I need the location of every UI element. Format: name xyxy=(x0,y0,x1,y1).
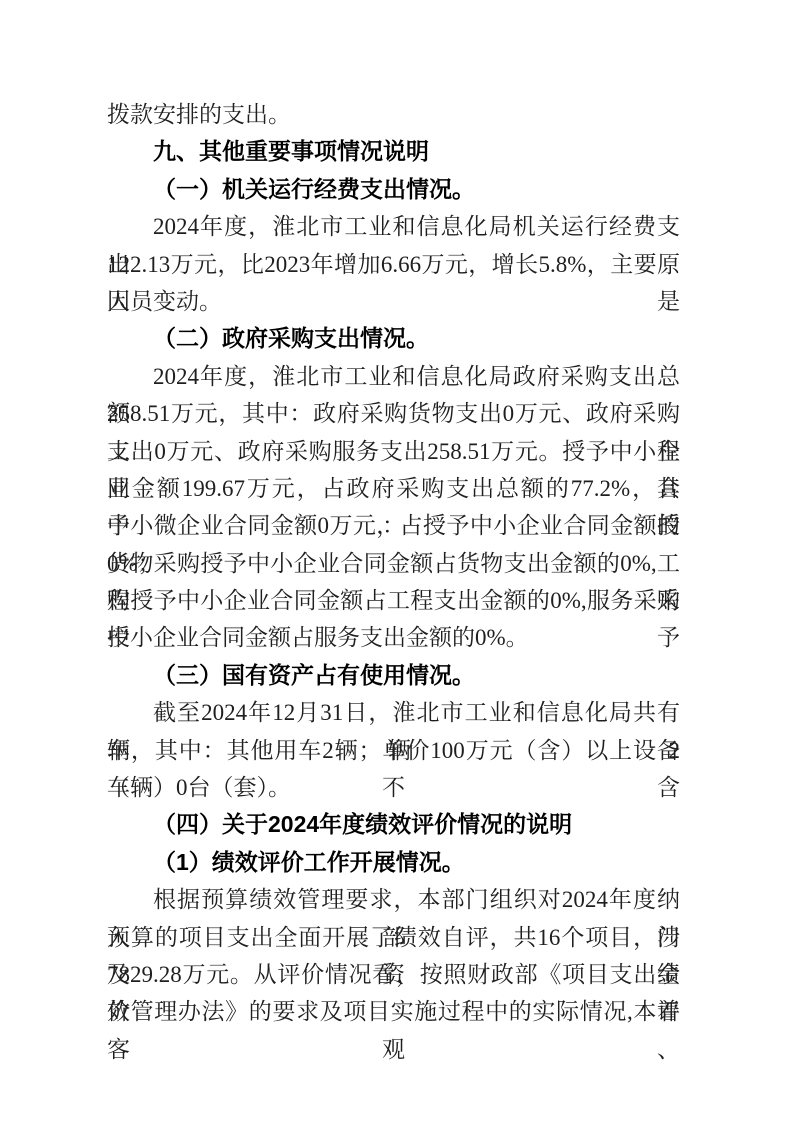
document-page: 拨款安排的支出。九、其他重要事项情况说明（一）机关运行经费支出情况。2024年度… xyxy=(0,0,794,1122)
body-line: 予小微企业合同金额0万元，占授予中小企业合同金额的0%； xyxy=(107,507,680,544)
body-line: 购授予中小企业合同金额占工程支出金额的0%,服务采购授予 xyxy=(107,582,680,619)
body-line: 预算的项目支出全面开展了绩效自评，共16个项目，涉及资金 xyxy=(107,919,680,956)
body-line: 2024年度，淮北市工业和信息化局政府采购支出总额 xyxy=(107,358,680,395)
body-line: 2024年度，淮北市工业和信息化局机关运行经费支出 xyxy=(107,208,680,245)
body-line: 258.51万元，其中：政府采购货物支出0万元、政府采购工程 xyxy=(107,395,680,432)
body-line: 价管理办法》的要求及项目实施过程中的实际情况,本着客观、 xyxy=(107,993,680,1030)
document-body: 拨款安排的支出。九、其他重要事项情况说明（一）机关运行经费支出情况。2024年度… xyxy=(107,96,680,1031)
body-line: 122.13万元，比2023年增加6.66万元，增长5.8%，主要原因是 xyxy=(107,246,680,283)
heading-line: （三）国有资产占有使用情况。 xyxy=(107,657,680,694)
heading-line: （1）绩效评价工作开展情况。 xyxy=(107,844,680,881)
body-line: 货物采购授予中小企业合同金额占货物支出金额的0%,工程采 xyxy=(107,545,680,582)
body-line: 根据预算绩效管理要求，本部门组织对2024年度纳入部门 xyxy=(107,881,680,918)
body-line: 拨款安排的支出。 xyxy=(107,96,680,133)
body-line: 支出0万元、政府采购服务支出258.51万元。授予中小企业合 xyxy=(107,433,680,470)
body-line: 截至2024年12月31日，淮北市工业和信息化局共有车辆2 xyxy=(107,694,680,731)
body-line: 7829.28万元。从评价情况看，按照财政部《项目支出绩效评 xyxy=(107,956,680,993)
heading-line: （四）关于2024年度绩效评价情况的说明 xyxy=(107,806,680,843)
body-line: 辆，其中：其他用车2辆；单价100万元（含）以上设备（不含 xyxy=(107,732,680,769)
heading-line: 九、其他重要事项情况说明 xyxy=(107,133,680,170)
heading-line: （一）机关运行经费支出情况。 xyxy=(107,171,680,208)
body-line: 同金额199.67万元，占政府采购支出总额的77.2%，其中：授 xyxy=(107,470,680,507)
heading-line: （二）政府采购支出情况。 xyxy=(107,320,680,357)
